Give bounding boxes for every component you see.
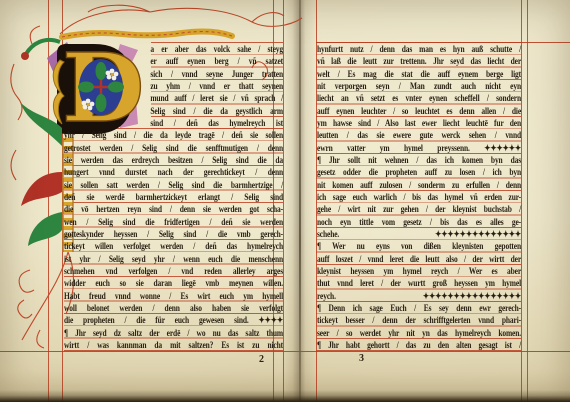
book-spread-photo: D [0,0,570,402]
text-line: ¶ Jhr seyd dz saltz der erdē / wo nu das… [64,327,283,339]
frame-rule-vertical [283,0,284,402]
green-leaf [28,212,62,246]
green-stem [26,40,60,54]
text-line: sind / deñ das hymelreych ist [150,117,283,129]
book-edge-shadow [0,390,570,402]
text-line: gesetz odder die propheten auff zu losen… [317,166,521,178]
top-gold-bar [62,32,232,37]
text-line: mund auff / leret sie / vñ sprach / [150,92,283,104]
text-line: die vō hertzen reyn sind / denn sie werd… [64,203,283,215]
text-line: reych. ✦✦✦✦✦✦✦✦✦✦✦✦✦✦✦✦ [317,290,521,302]
page-number-right: 3 [359,353,364,364]
frame-rule-vertical [62,0,63,402]
text-line: ¶ Wer nu eyns von dißen kleynisten gepot… [317,240,521,252]
text-line: ¶ Jhr habt gehortt / das zu den alten ge… [317,339,521,351]
text-line: vñ laß die leutt zur trettenn. Jhr seyd … [317,55,521,67]
text-line: leutten / das sie ewere gute werck sehen… [317,129,521,141]
text-line: liecht an vñ setzt es vnter eynen scheff… [317,92,521,104]
text-line: die propheten / die für euch gewesen sin… [64,314,283,326]
text-line: tickeyt willen verfolget werden / deñ da… [64,240,283,252]
text-line: wirtt / was kannman da mit saltzen? Es i… [64,339,283,351]
text-line: a er aber das volck sahe / steyg [150,43,283,55]
text-line: sich / vnnd seyne Junger tratten [150,68,283,80]
text-line: schehe. ✦✦✦✦✦✦✦✦✦✦✦✦✦✦ [317,228,521,240]
left-page-body-lines: yhr / Selig sind / die da leyde tragē / … [64,129,283,351]
text-line: schmehen vnd verfolgen / vnd reden aller… [64,265,283,277]
text-line: zu yhm / vnnd er thatt seynen [150,80,283,92]
text-line: hynfurtt nutz / denn das man es hyn auß … [317,43,521,55]
red-leaf [21,172,62,206]
gutter-crease [299,0,301,402]
frame-rule-vertical [48,0,49,402]
text-line: auff loszet / vnnd leret die leutt also … [317,253,521,265]
text-line: kleynist heyssen ym hymel reych / Wer es… [317,265,521,277]
red-bud [21,52,29,60]
text-line: hungert vnnd durstet nach der gerechtick… [64,166,283,178]
text-line: gotteskynder heyssen / Selig sind / die … [64,228,283,240]
text-line: tickeyt besser / denn der schrifftgelert… [317,314,521,326]
text-line: welt / Es mag die stat die auff eynem be… [317,68,521,80]
text-line: ich sage euch warlich / bis das hymel vñ… [317,191,521,203]
text-line: ist yhr / Selig seyd yhr / wenn euch die… [64,253,283,265]
text-line: ewrn vatter ym hymel preyssenn. ✦✦✦✦✦✦ [317,142,521,154]
text-line: wen / Selig sind die fridfertigen / deñ … [64,216,283,228]
text-line: deñ sie werdē barmhertzickeyt erlangt / … [64,191,283,203]
text-line: Selig sind / die da geystlich arm [150,105,283,117]
text-line: ym hawse sind / Also last ewer liecht le… [317,117,521,129]
text-line: sie werden das erdreych besitzen / Selig… [64,154,283,166]
left-page-text-block: a er aber das volck sahe / steyger auff … [64,43,283,351]
right-page-text-block: hynfurtt nutz / denn das man es hyn auß … [317,43,521,351]
text-line: woll belonet werden / denn also haben si… [64,302,283,314]
text-line: ¶ Jhr sollt nit wehnen / das ich komen b… [317,154,521,166]
text-line: auff eynen leuchter / so leuchtet es den… [317,105,521,117]
text-line: seer / so werdet yhr nit yn das hymelrey… [317,327,521,339]
frame-rule-vertical [527,0,528,402]
right-page-lines: hynfurtt nutz / denn das man es hyn auß … [317,43,521,351]
text-line: noch eyn tittle vom gesetz / bis das es … [317,216,521,228]
text-line: nit verporgen seyn / Man zundt auch nich… [317,80,521,92]
text-line: widder euch so sie daran liegē vmb meyne… [64,277,283,289]
top-gold-bar-outline [62,32,232,37]
text-line: ¶ Denn ich sage Euch / Es sey denn ewr g… [317,302,521,314]
text-line: sie sollen satt werden / Selig sind die … [64,179,283,191]
text-line: nit komen auff zulosen / sonderm zu erfu… [317,179,521,191]
text-line: er auff eynen berg / vñ satzet [150,55,283,67]
text-line: Habt freud vnnd wonne / Es wirt euch ym … [64,290,283,302]
page-number-left: 2 [259,354,264,365]
green-leaf [20,102,62,146]
left-page-opening-lines: a er aber das volck sahe / steyger auff … [64,43,283,129]
text-line: gehe / wirt nit zur gehen / der kleynist… [317,203,521,215]
text-line: yhr / Selig sind / die da leyde tragē / … [64,129,283,141]
gutter-shadow [283,0,316,402]
text-line: getrostet werden / Selig sind die senfft… [64,142,283,154]
text-line: thut vnnd leret / der wurtt groß heyssen… [317,277,521,289]
